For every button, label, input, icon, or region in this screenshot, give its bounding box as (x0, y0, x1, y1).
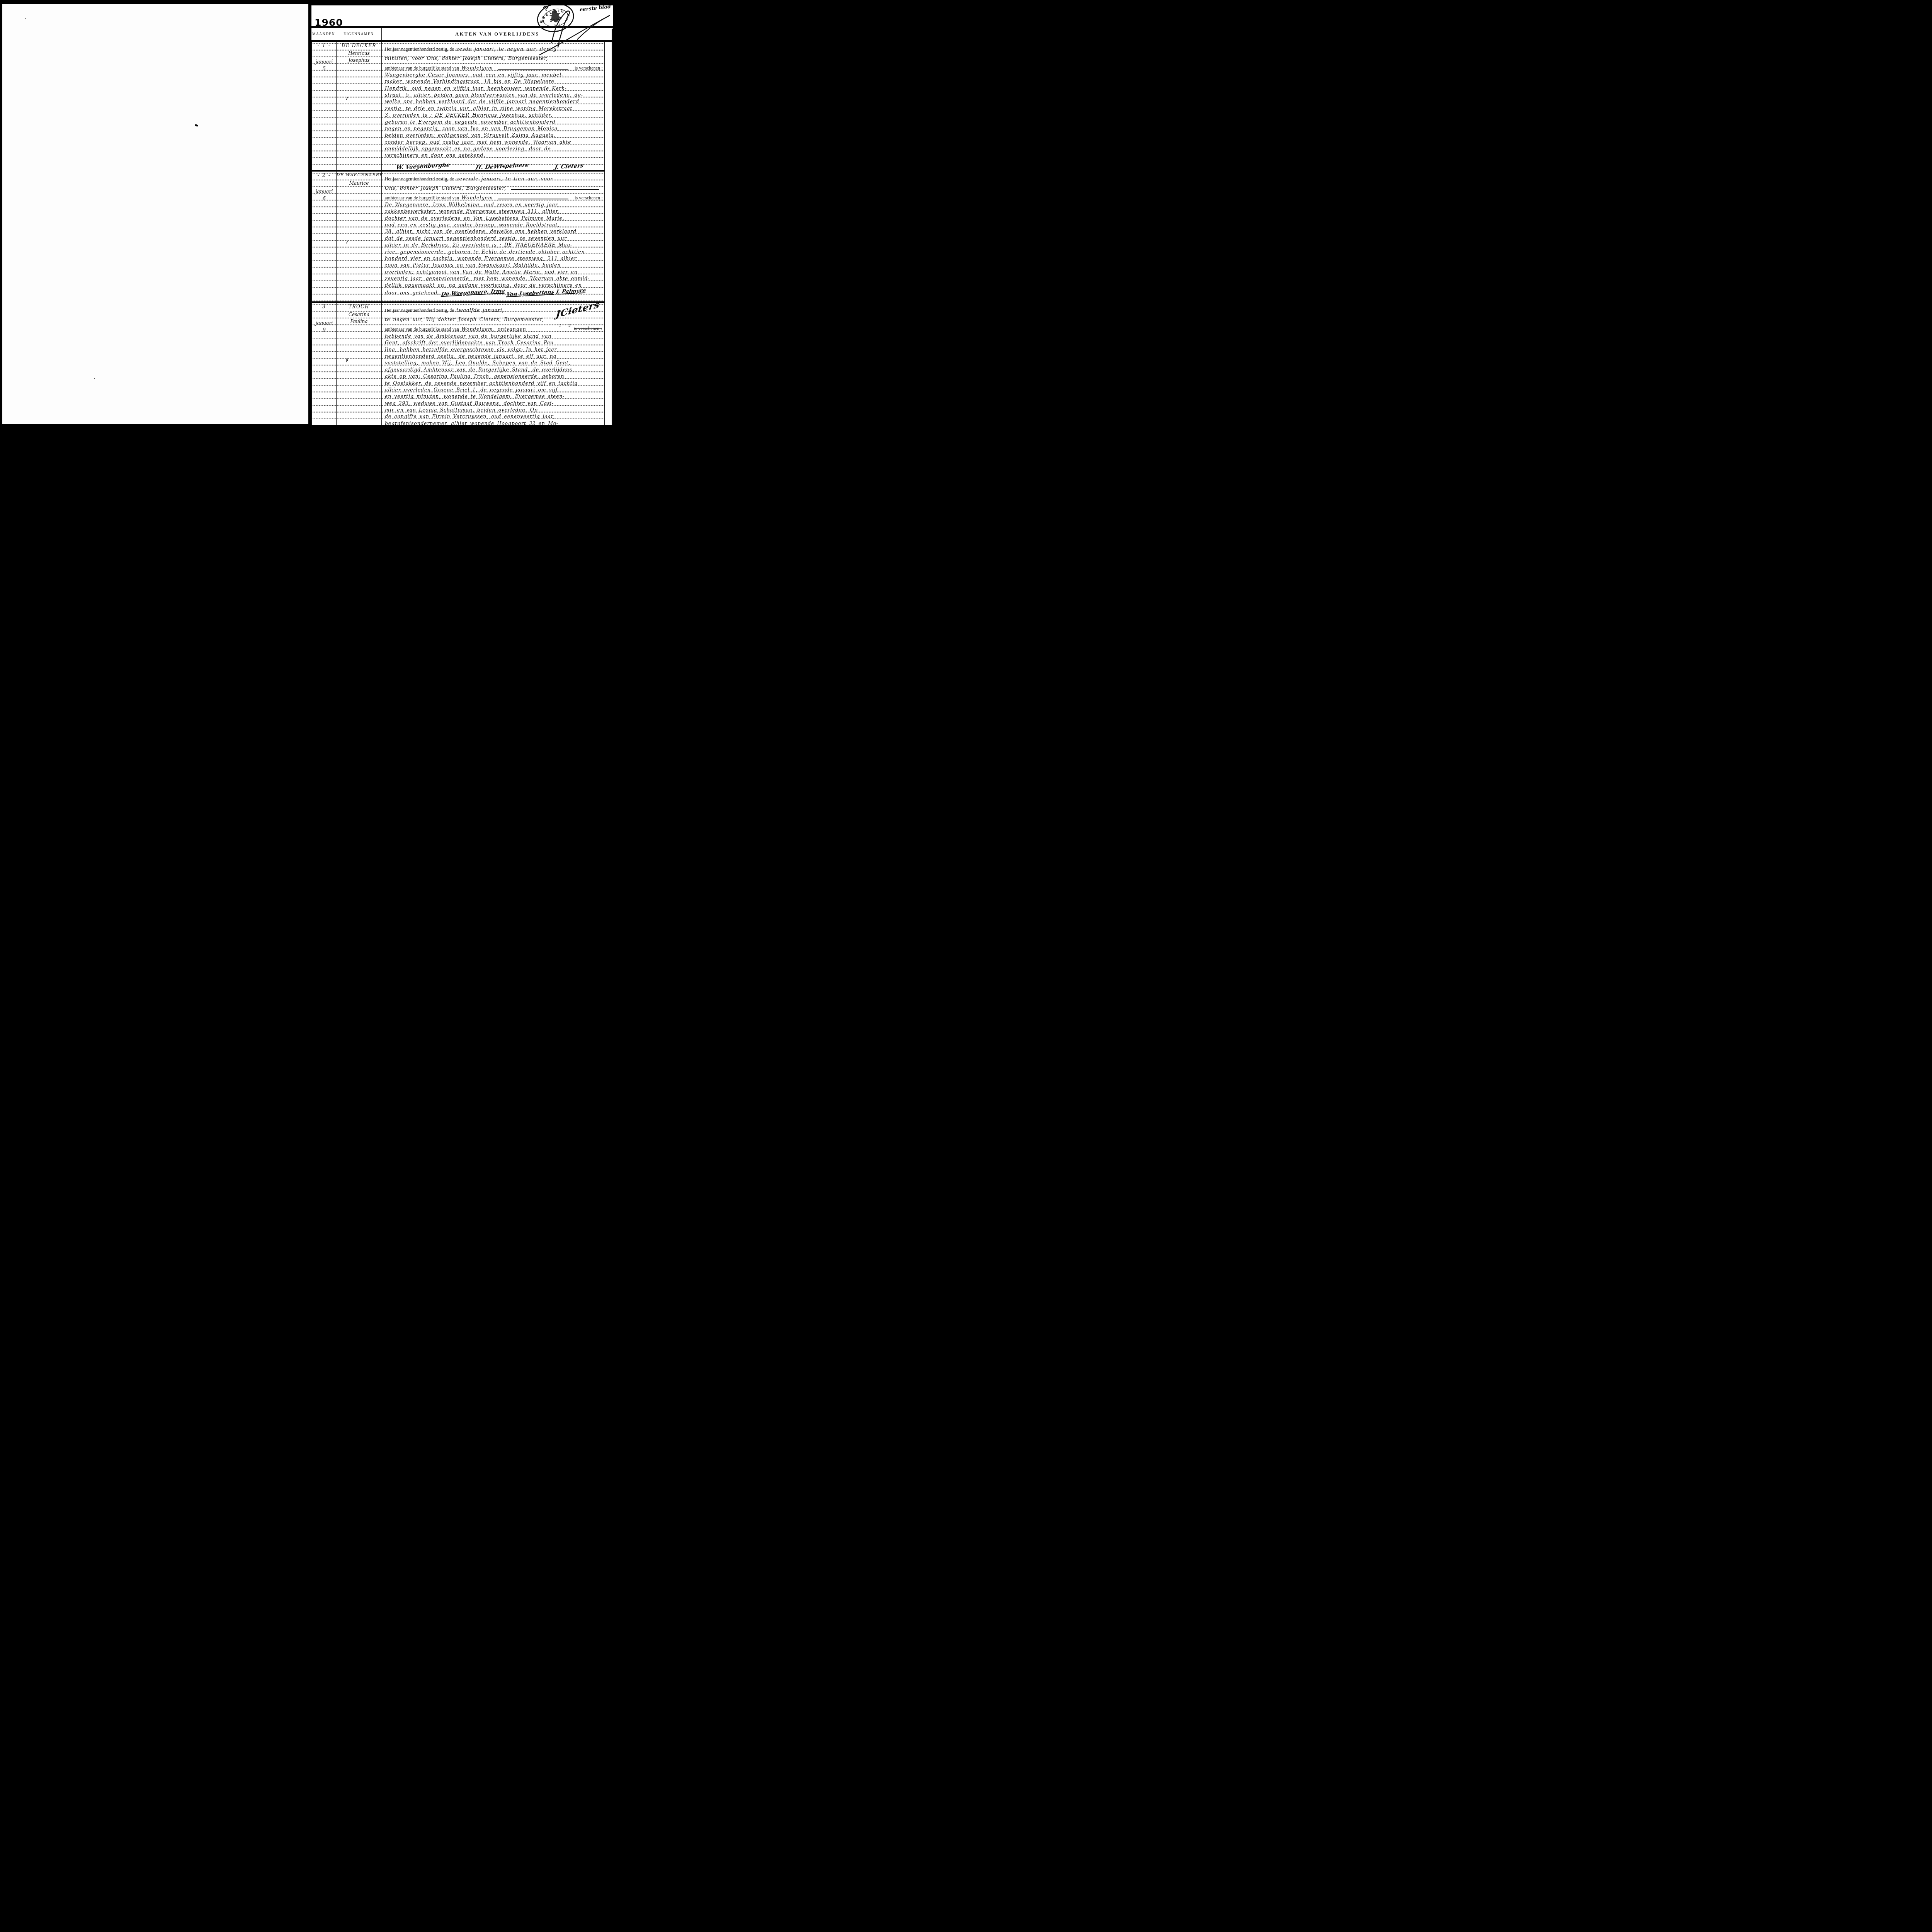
printed-form-text: ambtenaar van de burgerlijke stand van (385, 196, 459, 201)
act-number: - 1 - (312, 43, 336, 48)
handwritten-text: te negen uur, Wij dokter Joseph Cieters,… (385, 316, 544, 322)
scanned-register-page: 1960 BELGIE GENT 40 F. (0, 0, 614, 442)
handwritten-text: akte op van: Cesarina Paulina Troch, gep… (385, 373, 564, 379)
handwritten-text: twaalfde januari, (456, 307, 504, 313)
handwritten-text: Wondelgem (461, 195, 493, 201)
handwritten-text: te Oostakker, de zevende november achtti… (385, 380, 578, 386)
handwritten-text: negen en negentig, zoon van Ivo en van B… (385, 126, 560, 131)
handwritten-text: beiden overleden; echtgenoot van Struyve… (385, 132, 556, 138)
handwritten-text: mir en van Leonia Schatteman, beiden ove… (385, 407, 538, 413)
signature: De Waegenaere, Irma (441, 288, 506, 298)
entry3-month-cell: - 3 - januari 9 (312, 303, 337, 425)
signature-row: W. Vaeyenberghe H. DeWispelaere J. Ciete… (385, 158, 603, 171)
handwritten-text: zonder beroep, oud zestig jaar, met hem … (385, 139, 571, 145)
stamp-value-text: 40 (539, 19, 545, 24)
handwritten-text: dat de zesde januari negentienhonderd ze… (385, 235, 567, 241)
printed-form-text: is verschenen : (575, 66, 603, 71)
deceased-given-name: Cesarina (337, 312, 381, 317)
blank-left-page (2, 4, 308, 424)
handwritten-text: vaststelling, maken Wij, Leo Onulde, Sch… (385, 360, 570, 366)
handwritten-text: zoon van Pieter Joannes en van Swanckaer… (385, 262, 561, 268)
handwritten-text: hebbende van de Ambtenaar van de burgerl… (385, 333, 551, 339)
handwritten-text: honderd vier en tachtig, wonende Evergem… (385, 255, 578, 261)
printed-form-text: ambtenaar van de burgerlijke stand van (385, 327, 459, 332)
handwritten-text: zestig, te drie en twintig uur, alhier i… (385, 105, 572, 111)
entry2-month-cell: - 2 - januari 6 (312, 172, 337, 301)
printed-form-text: Het jaar negentienhonderd zestig, de (385, 177, 454, 182)
handwritten-text: 38, alhier, nicht van de overledene, dew… (385, 228, 577, 234)
handwritten-text: welke ons hebben verklaard dat de vijfde… (385, 99, 579, 104)
handwritten-text: de aangifte van Firmin Vercruyssen, oud … (385, 413, 555, 419)
check-mark: ✓ (345, 239, 350, 245)
handwritten-text: Gent, afschrift der overlijdensakte van … (385, 340, 556, 345)
handwritten-text: overleden; echtgenoot van Van de Walle A… (385, 269, 578, 275)
handwritten-text: minuten, voor Ons, dokter Joseph Cieters… (385, 55, 548, 61)
printed-form-text: is verschenen : (575, 196, 603, 201)
handwritten-text: 3, overleden is : DE DECKER Henricus Jos… (385, 112, 553, 118)
entry2-act-text: Het jaar negentienhonderd zestig, dezeve… (382, 172, 604, 301)
handwritten-text: zeventig jaar, gepensioneerde, met hem w… (385, 276, 590, 281)
signature: Van Lysebettens J. Palmyre (506, 287, 587, 298)
handwritten-text: lina, hebben hetzelfde overgeschreven al… (385, 347, 557, 352)
printed-form-text: Het jaar negentienhonderd zestig, de (385, 308, 454, 313)
stamp-currency-text: F. (567, 13, 571, 18)
handwritten-text: De Waegenaere, Irma Wilhelmina, oud zeve… (385, 202, 559, 207)
act-day: 5 (312, 66, 336, 71)
table-body: - 1 - januari 5 DE DECKER Henricus Josep… (311, 42, 613, 425)
insertion-marks: 1 2 (559, 324, 574, 328)
printed-form-text: Het jaar negentienhonderd zestig, de (385, 47, 454, 52)
handwritten-text: Waegenberghe Cesar Joannes, oud een en v… (385, 72, 563, 78)
blank-underline (498, 199, 568, 199)
entry3-act-text: JCieters Het jaar negentienhonderd zesti… (382, 303, 604, 425)
deceased-surname: DE DECKER (337, 43, 381, 48)
handwritten-text: verschijners en door ons getekend. (385, 152, 485, 158)
entry3-name-cell: TROCH Cesarina Paulina ✗ (337, 303, 382, 425)
act-month: januari (312, 189, 336, 194)
check-mark: ✓ (345, 95, 350, 102)
column-header-months: MAANDEN (311, 28, 336, 40)
deceased-given-name: Henricus (337, 51, 381, 56)
handwritten-text: weg 293, weduwe van Gustaaf Bauwens, doc… (385, 400, 554, 406)
act-number: - 2 - (312, 172, 336, 178)
act-day: 6 (312, 196, 336, 201)
entry1-month-cell: - 1 - januari 5 (312, 42, 337, 170)
handwritten-text: afgevaardigd Ambtenaar van de Burgerlijk… (385, 367, 574, 372)
handwritten-text: Hendrik, oud negen en vijftig jaar, been… (385, 85, 567, 91)
register-page: 1960 BELGIE GENT 40 F. (311, 5, 613, 425)
register-entry-2: - 2 - januari 6 DE WAEGENAERE Maurice ✓ … (311, 170, 605, 301)
handwritten-text: en veertig minuten, wonende te Wondelgem… (385, 393, 565, 399)
handwritten-text: begrafenisondernemer, alhier wonende Hoo… (385, 420, 558, 425)
scan-speck (94, 378, 95, 379)
handwritten-text: onmiddellijk opgemaakt en na gedane voor… (385, 146, 551, 151)
x-mark: ✗ (345, 357, 350, 364)
handwritten-text: alhier overleden Groene Briel 1, de nege… (385, 387, 558, 393)
printed-form-text: ambtenaar van de burgerlijke stand van (385, 66, 459, 71)
handwritten-text: zakkenbewerkster, wonende Evergemse stee… (385, 208, 560, 214)
handwritten-text: dellijk opgemaakt en, na gedane voorlezi… (385, 282, 582, 288)
blank-underline (511, 189, 599, 190)
signature: J. Cieters (554, 163, 584, 171)
deceased-given-name: Maurice (337, 180, 381, 186)
act-month: januari (312, 59, 336, 65)
entry1-name-cell: DE DECKER Henricus Josephus ✓ (337, 42, 382, 170)
handwritten-text: Wondelgem (461, 65, 493, 71)
register-entry-3: - 3 - januari 9 TROCH Cesarina Paulina ✗… (311, 301, 605, 425)
handwritten-text: zevende januari, te tien uur, voor (456, 176, 553, 182)
handwritten-text: straat, 5, alhier, beiden geen bloedverw… (385, 92, 583, 98)
scan-speck (194, 124, 198, 127)
handwritten-text: dochter van de overledene en Van Lysebet… (385, 215, 564, 221)
blank-underline (498, 69, 568, 70)
deceased-surname: DE WAEGENAERE (337, 173, 381, 177)
register-entry-1: - 1 - januari 5 DE DECKER Henricus Josep… (311, 42, 605, 170)
handwritten-text: zesde januari, te negen uur, dertig (456, 46, 556, 52)
column-header-names: EIGENNAMEN (336, 28, 382, 40)
scan-speck (25, 18, 26, 19)
handwritten-text: Wondelgem, ontvangen (461, 326, 526, 332)
act-day: 9 (312, 327, 336, 333)
deceased-given-name: Josephus (337, 58, 381, 63)
corner-annotation: eerste blad (579, 5, 611, 13)
column-header-acts: AKTEN VAN OVERLIJDENS (382, 28, 613, 40)
handwritten-text: rice, gepensioneerde, geboren te Eeklo d… (385, 249, 587, 255)
entry2-name-cell: DE WAEGENAERE Maurice ✓ (337, 172, 382, 301)
handwritten-text: alhier in de Berkdries, 25 overleden is … (385, 242, 572, 248)
printed-form-text-struck: is verschenen : (574, 327, 602, 331)
deceased-given-name: Paulina (337, 319, 381, 324)
deceased-surname: TROCH (337, 304, 381, 310)
handwritten-text: geboren te Evergem de negende november a… (385, 119, 556, 125)
handwritten-text: negentienhonderd zestig, de negende janu… (385, 353, 556, 359)
handwritten-text: oud een en zestig jaar, zonder beroep, w… (385, 222, 560, 228)
act-month: januari (312, 320, 336, 326)
handwritten-text: maker, wonende Verbindingstraat, 18 bis … (385, 78, 554, 84)
handwritten-text: Ons, dokter Joseph Cieters, Burgemeester… (385, 185, 506, 191)
entry1-act-text: Het jaar negentienhonderd zestig, dezesd… (382, 42, 604, 170)
handwritten-text: door ons getekend. (385, 290, 439, 296)
act-number: - 3 - (312, 304, 336, 310)
